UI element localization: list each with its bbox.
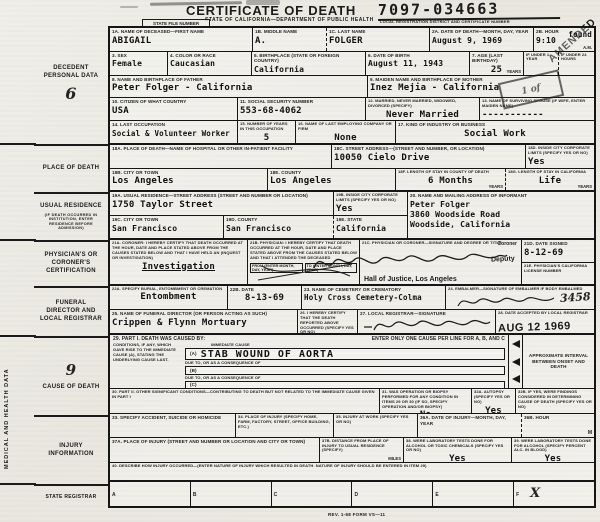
field-18g-label: 18G. LENGTH OF STAY IN CALIFORNIA bbox=[508, 170, 592, 175]
certificate-number: 7097-034663 bbox=[378, 0, 560, 21]
rule-extension bbox=[0, 143, 36, 145]
document-subtitle: STATE OF CALIFORNIA—DEPARTMENT OF PUBLIC… bbox=[205, 17, 374, 23]
field-3-label: 3. SEX bbox=[112, 53, 165, 59]
registrar-box-e-letter: E bbox=[435, 492, 438, 498]
field-21c-title: Coroner bbox=[498, 241, 517, 247]
field-38: 38. WERE LABORATORY TESTS DONE FOR ALCOH… bbox=[404, 438, 512, 462]
field-22a: 22A. SPECIFY BURIAL, ENTOMBMENT OR CREMA… bbox=[110, 286, 228, 310]
certificate-number-label: LOCAL REGISTRATION DISTRICT AND CERTIFIC… bbox=[380, 19, 510, 24]
field-7-under-24-hours-label: IF UNDER 24 HOURS bbox=[561, 53, 592, 63]
field-36b-label: 36B. HOUR bbox=[524, 415, 592, 421]
field-31-value: No bbox=[382, 410, 469, 413]
interval-arrows bbox=[509, 335, 522, 388]
field-32b-label: 32B. IF YES, WERE FINDINGS CONSIDERED IN… bbox=[518, 390, 592, 409]
field-20-line2: 3860 Woodside Road bbox=[410, 210, 592, 219]
field-16-label: 16. NAME OF LAST EMPLOYING COMPANY OR FI… bbox=[298, 122, 393, 132]
field-1c: 1C. LAST NAME FOLGER bbox=[327, 28, 430, 51]
scan-artifact bbox=[120, 6, 138, 8]
field-19c-value: San Francisco bbox=[112, 224, 221, 233]
field-11: 11. SOCIAL SECURITY NUMBER 553-68-4062 bbox=[238, 98, 366, 120]
field-2b-note: found bbox=[568, 30, 592, 39]
interval-arrow-icon bbox=[512, 358, 520, 366]
field-24: 24. EMBALMER—SIGNATURE OF EMBALMER IF BO… bbox=[446, 286, 594, 310]
field-13-value: ----------- bbox=[482, 110, 592, 120]
field-18b-value: Los Angeles bbox=[112, 176, 265, 186]
residence-subgrid: 19A. USUAL RESIDENCE—STREET ADDRESS (STR… bbox=[110, 192, 408, 238]
field-21c-org: Hall of Justice, Los Angeles bbox=[364, 276, 457, 283]
section-cause-label: CAUSE OF DEATH bbox=[42, 384, 99, 392]
field-19c: 19C. CITY OR TOWN San Francisco bbox=[110, 216, 224, 238]
field-33: 33. SPECIFY ACCIDENT, SUICIDE OR HOMICID… bbox=[110, 414, 236, 437]
field-8-value: Peter Folger - California bbox=[112, 83, 365, 93]
section-place-of-death: PLACE OF DEATH bbox=[34, 144, 108, 192]
field-18d-value: Yes bbox=[528, 157, 592, 167]
field-25-value: Crippen & Flynn Mortuary bbox=[112, 318, 295, 328]
interval-label: APPROXIMATE INTERVAL BETWEEN ONSET AND D… bbox=[525, 353, 592, 370]
field-25: 25. NAME OF FUNERAL DIRECTOR (OR PERSON … bbox=[110, 310, 298, 333]
field-16: 16. NAME OF LAST EMPLOYING COMPANY OR FI… bbox=[296, 121, 396, 143]
field-26: 26. I HEREBY CERTIFY THAT THE DEATH REPO… bbox=[298, 310, 358, 333]
field-37a: 37A. PLACE OF INJURY (STREET AND NUMBER … bbox=[110, 438, 320, 462]
field-18b: 18B. CITY OR TOWN Los Angeles bbox=[110, 169, 268, 191]
cause-line-c-tag: (C) bbox=[190, 382, 197, 388]
field-29-lines: IMMEDIATE CAUSE (A) STAB WOUND OF AORTA … bbox=[185, 343, 505, 388]
field-13: 13. NAME OF SURVIVING SPOUSE (IF WIFE, E… bbox=[480, 98, 594, 120]
field-1a: 1A. NAME OF DECEASED—FIRST NAME ABIGAIL bbox=[110, 28, 253, 51]
field-18f-value: 6 Months bbox=[398, 176, 503, 186]
interval-column: APPROXIMATE INTERVAL BETWEEN ONSET AND D… bbox=[522, 335, 594, 388]
section-physician-label: PHYSICIAN'S OR CORONER'S CERTIFICATION bbox=[38, 252, 104, 275]
field-20-line1: Peter Folger bbox=[410, 200, 592, 209]
section-registrar-label: STATE REGISTRAR bbox=[46, 494, 97, 501]
field-19e: 19E. STATE California bbox=[334, 216, 407, 238]
field-38-label: 38. WERE LABORATORY TESTS DONE FOR ALCOH… bbox=[406, 439, 509, 453]
section-decedent: DECEDENT PERSONAL DATA 6 bbox=[34, 26, 108, 144]
field-28: 28. DATE ACCEPTED BY LOCAL REGISTRAR AUG… bbox=[496, 310, 594, 333]
field-14-value: Social & Volunteer Worker bbox=[112, 129, 235, 138]
field-40-label: 40. DESCRIBE HOW INJURY OCCURRED—(ENTER … bbox=[112, 464, 592, 469]
field-18c-value: 10050 Cielo Drive bbox=[334, 153, 523, 163]
cause-line-a: (A) STAB WOUND OF AORTA bbox=[185, 348, 505, 360]
registrar-signature bbox=[362, 315, 492, 335]
field-29-conditions: CONDITIONS, IF ANY, WHICH GAVE RISE TO T… bbox=[113, 343, 185, 388]
field-7: 7. AGE (LAST BIRTHDAY) 25 YEARS bbox=[470, 52, 524, 75]
document-title: CERTIFICATE OF DEATH bbox=[186, 3, 356, 18]
field-12-value: Never Married bbox=[368, 110, 477, 120]
registrar-box-b-letter: B bbox=[193, 492, 197, 498]
field-17: 17. KIND OF INDUSTRY OR BUSINESS Social … bbox=[396, 121, 594, 143]
field-36b-unit: M bbox=[588, 430, 592, 436]
registrar-box-f-mark: X bbox=[530, 486, 540, 501]
field-29: 29. PART I. DEATH WAS CAUSED BY: ENTER O… bbox=[110, 335, 509, 388]
field-4: 4. COLOR OR RACE Caucasian bbox=[168, 52, 252, 75]
field-25-label: 25. NAME OF FUNERAL DIRECTOR (OR PERSON … bbox=[112, 311, 295, 317]
field-21b-from: FROM (ENTER MONTH, DAY, YEAR) bbox=[250, 263, 303, 273]
field-11-label: 11. SOCIAL SECURITY NUMBER bbox=[240, 99, 363, 105]
field-9: 9. MAIDEN NAME AND BIRTHPLACE OF MOTHER … bbox=[368, 76, 594, 98]
registrar-box-c-letter: C bbox=[274, 492, 278, 498]
field-18f-label: 18F. LENGTH OF STAY IN COUNTY OF DEATH bbox=[398, 170, 503, 175]
field-33-label: 33. SPECIFY ACCIDENT, SUICIDE OR HOMICID… bbox=[112, 415, 233, 421]
field-32b: 32B. IF YES, WERE FINDINGS CONSIDERED IN… bbox=[516, 389, 594, 413]
field-20: 20. NAME AND MAILING ADDRESS OF INFORMAN… bbox=[408, 192, 594, 238]
field-21e: 21E. PHYSICIAN'S CALIFORNIA LICENSE NUMB… bbox=[522, 263, 594, 283]
section-residence-note: (IF DEATH OCCURRED IN INSTITUTION, ENTER… bbox=[38, 213, 104, 231]
registrar-box-c: C bbox=[272, 482, 353, 506]
field-18c: 18C. STREET ADDRESS—(STREET AND NUMBER, … bbox=[332, 145, 526, 168]
field-14: 14. LAST OCCUPATION Social & Volunteer W… bbox=[110, 121, 238, 143]
handwritten-mark-6: 6 bbox=[65, 84, 76, 105]
rule-extension bbox=[0, 335, 36, 337]
field-19a-label: 19A. USUAL RESIDENCE—STREET ADDRESS (STR… bbox=[112, 193, 331, 199]
field-19a-value: 1750 Taylor Street bbox=[112, 200, 331, 210]
registrar-box-d: D bbox=[352, 482, 433, 506]
field-15-label: 15. NUMBER OF YEARS IN THIS OCCUPATION bbox=[240, 122, 293, 132]
embalmer-signature bbox=[456, 292, 556, 310]
field-32a: 32A. AUTOPSY (SPECIFY YES OR NO) Yes bbox=[472, 389, 516, 413]
section-residence-label: USUAL RESIDENCE bbox=[40, 203, 102, 211]
field-27-label: 27. LOCAL REGISTRAR—SIGNATURE bbox=[360, 311, 493, 317]
field-32a-label: 32A. AUTOPSY (SPECIFY YES OR NO) bbox=[474, 390, 513, 404]
cause-of-death-value: STAB WOUND OF AORTA bbox=[201, 349, 334, 360]
field-23: 23. NAME OF CEMETERY OR CREMATORY Holy C… bbox=[302, 286, 446, 310]
field-18f: 18F. LENGTH OF STAY IN COUNTY OF DEATH 6… bbox=[396, 169, 506, 191]
field-2a-value: August 9, 1969 bbox=[432, 36, 531, 45]
field-30: 30. PART II. OTHER SIGNIFICANT CONDITION… bbox=[110, 389, 380, 413]
field-5-label: 5. BIRTHPLACE (STATE OR FOREIGN COUNTRY) bbox=[254, 53, 363, 64]
field-8-label: 8. NAME AND BIRTHPLACE OF FATHER bbox=[112, 77, 365, 83]
field-38-value: Yes bbox=[406, 454, 509, 462]
field-31: 31. WAS OPERATION OR BIOPSY PERFORMED FO… bbox=[380, 389, 472, 413]
field-12-label: 12. MARRIED, NEVER MARRIED, WIDOWED, DIV… bbox=[368, 99, 477, 109]
field-19a: 19A. USUAL RESIDENCE—STREET ADDRESS (STR… bbox=[110, 192, 334, 215]
rule-extension bbox=[0, 239, 36, 241]
field-17-label: 17. KIND OF INDUSTRY OR BUSINESS bbox=[398, 122, 592, 128]
field-7-under-24-hours: IF UNDER 24 HOURS bbox=[559, 52, 594, 75]
registrar-box-b: B bbox=[191, 482, 272, 506]
field-2a-label: 2A. DATE OF DEATH—MONTH, DAY, YEAR bbox=[432, 29, 531, 35]
field-17-value: Social Work bbox=[398, 129, 592, 139]
section-decedent-label: DECEDENT PERSONAL DATA bbox=[38, 65, 104, 81]
field-10-label: 10. CITIZEN OF WHAT COUNTRY bbox=[112, 99, 235, 105]
field-31-label: 31. WAS OPERATION OR BIOPSY PERFORMED FO… bbox=[382, 390, 469, 409]
registrar-box-f: F X bbox=[514, 482, 594, 506]
section-funeral-director: FUNERAL DIRECTOR AND LOCAL REGISTRAR bbox=[34, 286, 108, 336]
field-18e-label: 18E. COUNTY bbox=[270, 170, 393, 176]
field-39-label: 39. WERE LABORATORY TESTS DONE FOR ALCOH… bbox=[514, 439, 592, 453]
death-certificate-scan: CERTIFICATE OF DEATH STATE OF CALIFORNIA… bbox=[0, 0, 600, 522]
field-1b: 1B. MIDDLE NAME A. bbox=[253, 28, 327, 51]
cause-line-c: (C) bbox=[185, 381, 505, 389]
field-34-label: 34. PLACE OF INJURY (SPECIFY HOME, FARM,… bbox=[238, 415, 331, 429]
field-18g-unit: YEARS bbox=[578, 184, 592, 189]
field-1a-label: 1A. NAME OF DECEASED—FIRST NAME bbox=[112, 29, 250, 35]
field-21a: 21A. CORONER: I HEREBY CERTIFY THAT DEAT… bbox=[110, 240, 248, 283]
section-cause-of-death: 9 CAUSE OF DEATH bbox=[34, 336, 108, 415]
field-37b-label: 37B. DISTANCE FROM PLACE OF INJURY TO US… bbox=[322, 439, 401, 453]
field-21a-value: Investigation bbox=[112, 262, 245, 272]
field-18a-label: 18A. PLACE OF DEATH—NAME OF HOSPITAL OR … bbox=[112, 146, 329, 152]
field-9-value: Inez Mejia - California bbox=[370, 83, 592, 93]
field-18g: 18G. LENGTH OF STAY IN CALIFORNIA Life Y… bbox=[506, 169, 594, 191]
field-37b: 37B. DISTANCE FROM PLACE OF INJURY TO US… bbox=[320, 438, 404, 462]
field-13-label: 13. NAME OF SURVIVING SPOUSE (IF WIFE, E… bbox=[482, 99, 592, 109]
field-36a-label: 36A. DATE OF INJURY—MONTH, DAY, YEAR bbox=[420, 415, 519, 426]
field-22b: 22B. DATE 8-13-69 bbox=[228, 286, 302, 310]
field-29-conditions-label: CONDITIONS, IF ANY, WHICH GAVE RISE TO T… bbox=[113, 343, 183, 362]
field-10-value: USA bbox=[112, 106, 235, 116]
field-21d-label: 21D. DATE SIGNED bbox=[524, 241, 592, 247]
field-3: 3. SEX Female bbox=[110, 52, 168, 75]
field-21c-deputy: Deputy bbox=[491, 256, 515, 264]
field-21b: 21B. PHYSICIAN: I HEREBY CERTIFY THAT DE… bbox=[248, 240, 360, 283]
field-1a-value: ABIGAIL bbox=[112, 36, 250, 46]
field-36a: 36A. DATE OF INJURY—MONTH, DAY, YEAR bbox=[418, 414, 522, 437]
cause-line-b-tag: (B) bbox=[190, 368, 197, 374]
field-27: 27. LOCAL REGISTRAR—SIGNATURE bbox=[358, 310, 496, 333]
date-accepted-stamp: AUG 12 1969 bbox=[498, 319, 592, 333]
section-injury-label: INJURY INFORMATION bbox=[38, 443, 104, 459]
form-grid: 1A. NAME OF DECEASED—FIRST NAME ABIGAIL … bbox=[108, 26, 596, 508]
registrar-box-a-letter: A bbox=[112, 492, 116, 498]
field-6: 6. DATE OF BIRTH August 11, 1943 bbox=[366, 52, 470, 75]
field-10: 10. CITIZEN OF WHAT COUNTRY USA bbox=[110, 98, 238, 120]
field-8: 8. NAME AND BIRTHPLACE OF FATHER Peter F… bbox=[110, 76, 368, 98]
field-32a-value: Yes bbox=[474, 406, 513, 414]
field-7-unit: YEARS bbox=[507, 69, 521, 74]
field-23-label: 23. NAME OF CEMETERY OR CREMATORY bbox=[304, 287, 443, 293]
field-21d: 21D. DATE SIGNED 8-12-69 bbox=[522, 240, 594, 263]
field-26-label: 26. I HEREBY CERTIFY THAT THE DEATH REPO… bbox=[300, 311, 355, 333]
certificate-form: DECEDENT PERSONAL DATA 6 PLACE OF DEATH … bbox=[34, 26, 596, 508]
field-39-value: Yes bbox=[514, 454, 592, 462]
field-22b-value: 8-13-69 bbox=[230, 293, 299, 303]
field-19d-value: San Francisco bbox=[226, 224, 331, 233]
field-19b-value: Yes bbox=[336, 204, 405, 214]
field-18f-unit: YEARS bbox=[489, 184, 503, 189]
field-12: 12. MARRIED, NEVER MARRIED, WIDOWED, DIV… bbox=[366, 98, 480, 120]
section-physician-certification: PHYSICIAN'S OR CORONER'S CERTIFICATION bbox=[34, 240, 108, 286]
field-24-license: 3458 bbox=[560, 290, 591, 305]
field-3-value: Female bbox=[112, 59, 165, 68]
field-37a-label: 37A. PLACE OF INJURY (STREET AND NUMBER … bbox=[112, 439, 317, 445]
field-15-value: 5 bbox=[240, 133, 293, 143]
field-35-label: 35. INJURY AT WORK (SPECIFY YES OR NO) bbox=[336, 415, 415, 425]
field-5-value: California bbox=[254, 65, 363, 74]
field-18c-label: 18C. STREET ADDRESS—(STREET AND NUMBER, … bbox=[334, 146, 523, 152]
field-19d: 19D. COUNTY San Francisco bbox=[224, 216, 334, 238]
field-9-label: 9. MAIDEN NAME AND BIRTHPLACE OF MOTHER bbox=[370, 77, 592, 83]
field-7-label: 7. AGE (LAST BIRTHDAY) bbox=[472, 53, 521, 64]
field-14-label: 14. LAST OCCUPATION bbox=[112, 122, 235, 128]
field-21c: 21C. PHYSICIAN OR CORONER—SIGNATURE AND … bbox=[360, 240, 522, 283]
field-28-label: 28. DATE ACCEPTED BY LOCAL REGISTRAR bbox=[498, 311, 592, 316]
field-1c-value: FOLGER bbox=[329, 36, 427, 46]
field-21-dates: 21D. DATE SIGNED 8-12-69 21E. PHYSICIAN'… bbox=[522, 240, 594, 283]
field-6-label: 6. DATE OF BIRTH bbox=[368, 53, 467, 59]
field-19b-label: 19B. INSIDE CITY CORPORATE LIMITS (SPECI… bbox=[336, 193, 405, 203]
field-19e-label: 19E. STATE bbox=[336, 217, 405, 223]
section-state-registrar: STATE REGISTRAR bbox=[34, 484, 108, 508]
registrar-box-f-letter: F bbox=[516, 492, 519, 498]
field-22b-label: 22B. DATE bbox=[230, 287, 299, 293]
field-34: 34. PLACE OF INJURY (SPECIFY HOME, FARM,… bbox=[236, 414, 334, 437]
field-19b: 19B. INSIDE CITY CORPORATE LIMITS (SPECI… bbox=[334, 192, 407, 215]
field-19c-label: 19C. CITY OR TOWN bbox=[112, 217, 221, 223]
section-usual-residence: USUAL RESIDENCE (IF DEATH OCCURRED IN IN… bbox=[34, 192, 108, 240]
section-place-label: PLACE OF DEATH bbox=[43, 165, 99, 173]
field-21c-label: 21C. PHYSICIAN OR CORONER—SIGNATURE AND … bbox=[362, 241, 519, 246]
cause-line-b: (B) bbox=[185, 366, 505, 375]
field-29-enter-note: ENTER ONLY ONE CAUSE PER LINE FOR A, B, … bbox=[372, 336, 505, 342]
registrar-box-a: A bbox=[110, 482, 191, 506]
section-funeral-label: FUNERAL DIRECTOR AND LOCAL REGISTRAR bbox=[38, 300, 104, 323]
field-15: 15. NUMBER OF YEARS IN THIS OCCUPATION 5 bbox=[238, 121, 296, 143]
field-6-value: August 11, 1943 bbox=[368, 59, 467, 68]
form-revision-note: REV. 1-68 FORM VS—11 bbox=[328, 512, 385, 517]
field-5: 5. BIRTHPLACE (STATE OR FOREIGN COUNTRY)… bbox=[252, 52, 366, 75]
section-injury-information: INJURY INFORMATION bbox=[34, 415, 108, 484]
field-37b-unit: MILES bbox=[388, 456, 401, 461]
field-19e-value: California bbox=[336, 224, 405, 233]
field-22a-label: 22A. SPECIFY BURIAL, ENTOMBMENT OR CREMA… bbox=[112, 287, 225, 292]
registrar-box-d-letter: D bbox=[354, 492, 358, 498]
field-18a: 18A. PLACE OF DEATH—NAME OF HOSPITAL OR … bbox=[110, 145, 332, 168]
field-35: 35. INJURY AT WORK (SPECIFY YES OR NO) bbox=[334, 414, 418, 437]
field-21b-to: TO (ENTER MONTH, DAY, YEAR) bbox=[305, 263, 358, 273]
field-30-label: 30. PART II. OTHER SIGNIFICANT CONDITION… bbox=[112, 390, 377, 400]
registrar-box-e: E bbox=[433, 482, 514, 506]
field-2b-unit: A.M. bbox=[583, 45, 592, 50]
field-40: 40. DESCRIBE HOW INJURY OCCURRED—(ENTER … bbox=[110, 463, 594, 481]
field-22a-value: Entombment bbox=[112, 292, 225, 302]
field-1c-label: 1C. LAST NAME bbox=[329, 29, 427, 35]
handwritten-mark-9: 9 bbox=[66, 361, 77, 381]
field-18e-value: Los Angeles bbox=[270, 176, 393, 186]
field-1b-value: A. bbox=[255, 36, 324, 46]
medical-health-data-label: MEDICAL AND HEALTH DATA bbox=[4, 346, 10, 492]
cause-line-a-tag: (A) bbox=[190, 351, 197, 357]
field-19d-label: 19D. COUNTY bbox=[226, 217, 331, 223]
field-18b-label: 18B. CITY OR TOWN bbox=[112, 170, 265, 176]
interval-arrow-icon bbox=[512, 340, 520, 348]
field-4-value: Caucasian bbox=[170, 59, 249, 68]
field-39: 39. WERE LABORATORY TESTS DONE FOR ALCOH… bbox=[512, 438, 594, 462]
field-36b: 36B. HOUR M bbox=[522, 414, 594, 437]
field-2a: 2A. DATE OF DEATH—MONTH, DAY, YEAR Augus… bbox=[430, 28, 534, 51]
field-18e: 18E. COUNTY Los Angeles bbox=[268, 169, 396, 191]
field-20-label: 20. NAME AND MAILING ADDRESS OF INFORMAN… bbox=[410, 193, 592, 199]
field-21e-label: 21E. PHYSICIAN'S CALIFORNIA LICENSE NUMB… bbox=[524, 264, 592, 274]
field-16-value: None bbox=[298, 133, 393, 143]
field-4-label: 4. COLOR OR RACE bbox=[170, 53, 249, 59]
field-11-value: 553-68-4062 bbox=[240, 106, 363, 116]
field-1b-label: 1B. MIDDLE NAME bbox=[255, 29, 324, 35]
field-21a-label: 21A. CORONER: I HEREBY CERTIFY THAT DEAT… bbox=[112, 241, 245, 260]
field-23-value: Holy Cross Cemetery-Colma bbox=[304, 293, 443, 302]
field-21b-label: 21B. PHYSICIAN: I HEREBY CERTIFY THAT DE… bbox=[250, 241, 357, 260]
field-20-line3: Woodside, California bbox=[410, 220, 592, 229]
field-21d-value: 8-12-69 bbox=[524, 248, 592, 258]
field-18d: 18D. INSIDE CITY CORPORATE LIMITS (SPECI… bbox=[526, 145, 594, 168]
rule-extension bbox=[0, 483, 36, 485]
field-2b: 2B. HOUR found 9:10 A.M. bbox=[534, 28, 594, 51]
interval-arrow-icon bbox=[512, 375, 520, 383]
section-label-column: DECEDENT PERSONAL DATA 6 PLACE OF DEATH … bbox=[34, 26, 108, 508]
field-7-under-1-year: IF UNDER 1 YEAR bbox=[524, 52, 559, 75]
field-7-under-1-year-label: IF UNDER 1 YEAR bbox=[526, 53, 556, 63]
field-18d-label: 18D. INSIDE CITY CORPORATE LIMITS (SPECI… bbox=[528, 146, 592, 156]
